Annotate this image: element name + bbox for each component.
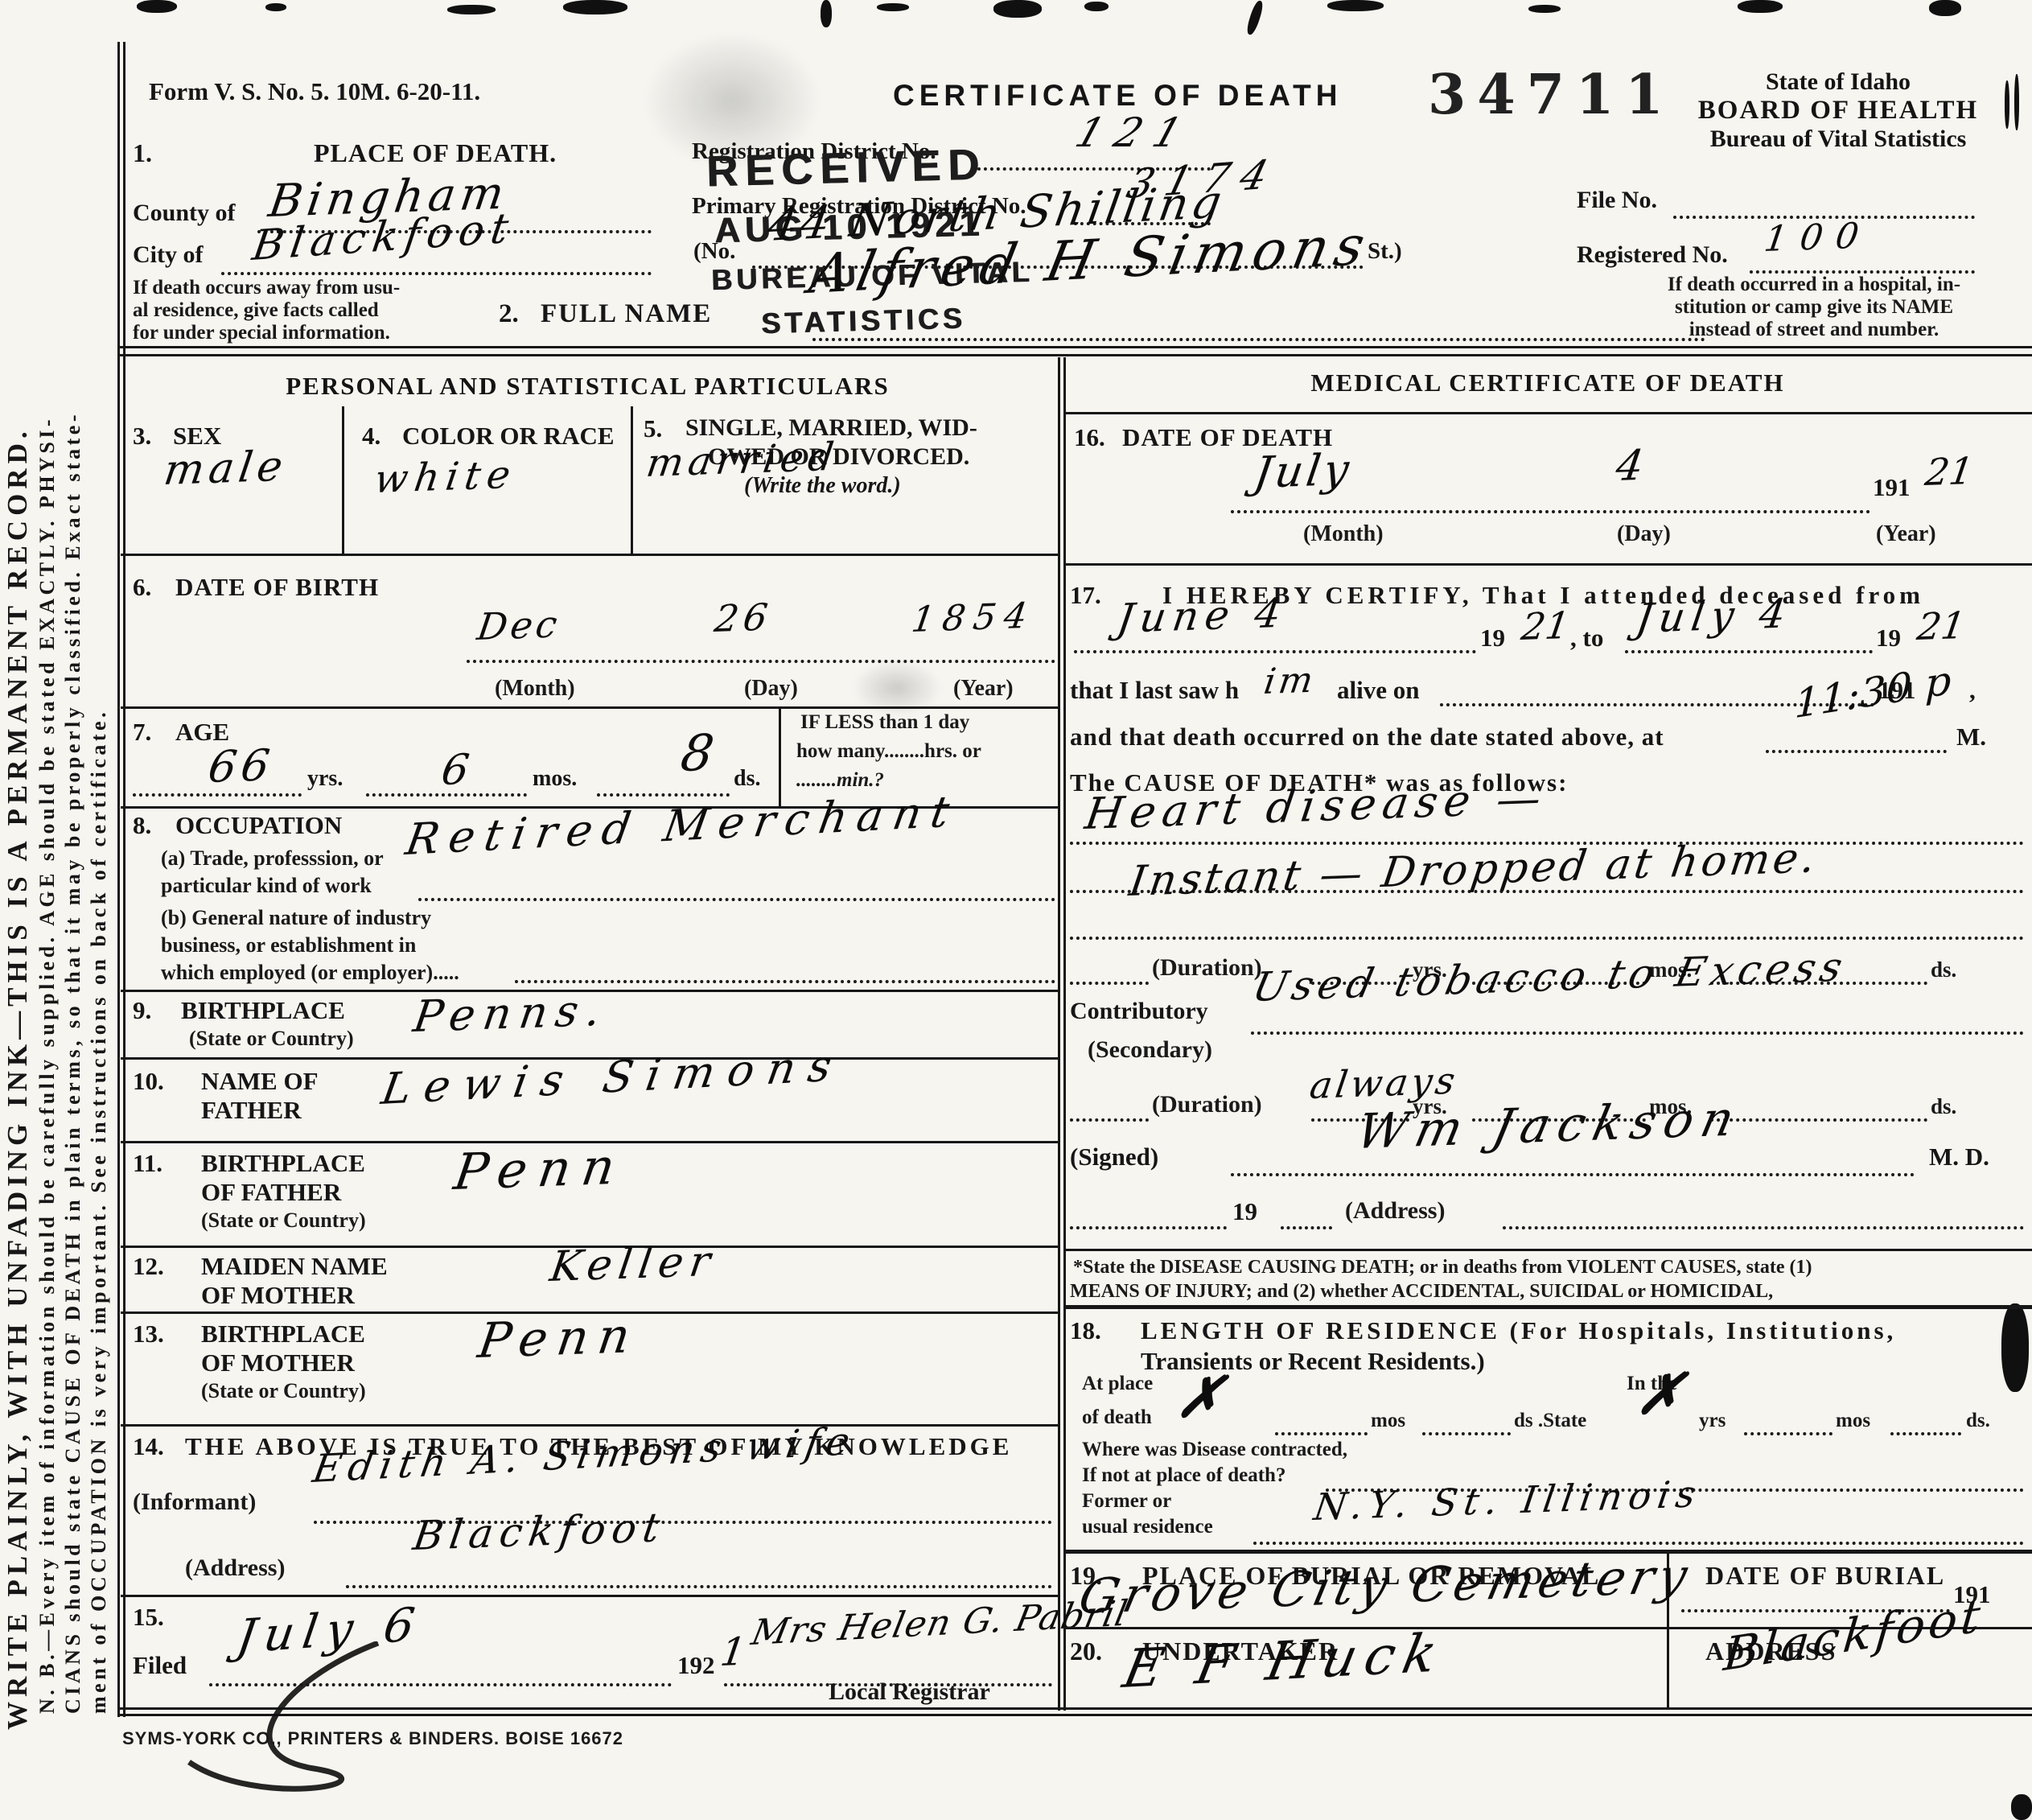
signed-date-line [1070, 1226, 1227, 1229]
duration2-line [1070, 1118, 1149, 1122]
duration2-caption: (Duration) [1152, 1091, 1262, 1118]
column-divider [1058, 357, 1060, 1711]
marital-value: married [644, 434, 841, 486]
dob-number: 6. [133, 573, 151, 602]
header-rule [117, 354, 2032, 356]
margin-note-line2: N. B.—Every item of information should b… [35, 416, 60, 1714]
father-value: Lewis Simons [378, 1040, 848, 1114]
section-rule [121, 1424, 1058, 1427]
lastsaw-post: alive on [1337, 676, 1419, 705]
place-of-death-label: PLACE OF DEATH. [314, 138, 557, 168]
duration-line [1070, 982, 1149, 985]
mother-label-line1: MAIDEN NAME [201, 1252, 388, 1281]
dob-label: DATE OF BIRTH [175, 573, 379, 602]
dob-day-caption: (Day) [744, 676, 798, 702]
attended-to-line [1625, 650, 1873, 653]
from-year-script: 21 [1519, 603, 1573, 649]
death-time-value: 11:30 p [1794, 657, 1952, 727]
scan-artifact [563, 0, 627, 14]
age-line [366, 793, 527, 797]
signed-address-caption: (Address) [1345, 1197, 1445, 1225]
scan-artifact [2011, 1794, 2032, 1820]
scan-artifact [1327, 0, 1384, 11]
burial-date-label: DATE OF BURIAL [1705, 1561, 1945, 1591]
father-number: 10. [133, 1067, 164, 1096]
medical-heading: MEDICAL CERTIFICATE OF DEATH [1063, 369, 2032, 397]
age-months-value: 6 [438, 746, 472, 795]
m-label: M. [1956, 723, 1986, 751]
res-ds-b: ds. [1966, 1410, 1990, 1432]
frame-left-line [117, 42, 120, 1717]
form-number: Form V. S. No. 5. 10M. 6-20-11. [149, 77, 480, 106]
race-value: white [372, 452, 520, 502]
birthplace-label: BIRTHPLACE [181, 996, 345, 1025]
section-rule-thick [1063, 1305, 2032, 1309]
occupation-a-line2: particular kind of work [161, 874, 372, 898]
former-line [1253, 1542, 2024, 1545]
county-label: County of [133, 200, 236, 227]
residence-label-line1: LENGTH OF RESIDENCE (For Hospitals, Inst… [1141, 1316, 1896, 1345]
scan-artifact [265, 3, 286, 11]
death-day-value: 4 [1613, 442, 1647, 491]
occupation-a-line1: (a) Trade, professsion, or [161, 846, 384, 871]
cell-divider [631, 406, 633, 554]
cause-line3-rule [1070, 937, 2024, 940]
mother-birthplace-value: Penn [475, 1307, 643, 1369]
frame-left-line [123, 42, 125, 1717]
contracted-line1: Where was Disease contracted, [1082, 1439, 1347, 1461]
date-of-death-number: 16. [1074, 423, 1105, 452]
scan-artifact [1738, 0, 1783, 13]
margin-note-line4: ment of OCCUPATION is very important. Se… [87, 709, 111, 1714]
birthplace-value: Penns. [410, 985, 612, 1042]
section-rule [1063, 563, 2032, 566]
signed-date-line [1281, 1226, 1332, 1229]
item1-number: 1. [133, 138, 152, 168]
to-year-script: 21 [1915, 603, 1968, 649]
birthplace-number: 9. [133, 996, 151, 1025]
duration-ds-label: ds. [1931, 957, 1956, 982]
marital-number: 5. [644, 414, 662, 443]
father-birthplace-number: 11. [133, 1149, 162, 1178]
city-line [221, 272, 652, 275]
age-days-value: 8 [677, 723, 718, 783]
sex-number: 3. [133, 422, 151, 451]
street-no-label: (No. [693, 238, 735, 265]
registered-no-label: Registered No. [1577, 241, 1728, 269]
duration2-ds-label: ds. [1931, 1094, 1956, 1119]
scan-artifact [1528, 5, 1561, 13]
margin-note-line3: CIANS should state CAUSE OF DEATH in pla… [61, 411, 85, 1714]
occupation-number: 8. [133, 811, 151, 840]
signed-line [1231, 1173, 1915, 1176]
attended-from-line [1074, 650, 1476, 653]
contracted-line2: If not at place of death? [1082, 1464, 1285, 1487]
section-rule [121, 1595, 1058, 1597]
lastsaw-script: im [1261, 660, 1318, 702]
father-label-line2: FATHER [201, 1096, 302, 1125]
from-year-printed: 19 [1480, 624, 1505, 653]
registered-no-value: 100 [1762, 215, 1874, 260]
informant-caption: (Informant) [133, 1489, 256, 1516]
away-note-line1: If death occurs away from usu- [133, 277, 400, 299]
local-registrar-label: Local Registrar [829, 1678, 990, 1706]
sex-value: male [161, 443, 290, 495]
secondary-caption: (Secondary) [1088, 1036, 1212, 1064]
occupation-b-line3: which employed (or employer)..... [161, 961, 459, 985]
lastsaw-comma: , [1969, 676, 1976, 705]
section-rule [121, 554, 1058, 556]
crossout-mark: ✗ [1633, 1361, 1689, 1427]
away-note-line3: for under special information. [133, 322, 390, 344]
printer-mark: SYMS-YORK CO., PRINTERS & BINDERS. BOISE… [122, 1728, 623, 1749]
occupation-b-line2: business, or establishment in [161, 933, 416, 957]
hospital-note-line3: instead of street and number. [1601, 319, 2027, 341]
age-line [597, 793, 730, 797]
father-birthplace-value: Penn [450, 1137, 630, 1201]
contributory-line [1251, 1031, 2024, 1035]
certify-number: 17. [1070, 581, 1101, 610]
dob-day-value: 26 [712, 595, 775, 640]
age-line [133, 793, 302, 797]
contributory-label: Contributory [1070, 998, 1208, 1025]
occurred-text: and that death occurred on the date stat… [1070, 723, 1664, 751]
age-yrs-label: yrs. [307, 766, 343, 792]
father-birthplace-caption: (State or Country) [201, 1209, 366, 1233]
dob-month-value: Dec [475, 602, 563, 649]
undertaker-value: E F Huck [1118, 1622, 1450, 1700]
residence-line [1422, 1432, 1511, 1435]
received-stamp-line4: STATISTICS [760, 302, 966, 341]
ifless-line3: ........min.? [796, 769, 884, 792]
father-birthplace-label-line1: BIRTHPLACE [201, 1149, 365, 1178]
dob-line [467, 660, 1055, 663]
scan-artifact [2001, 1303, 2029, 1392]
death-day-caption: (Day) [1617, 521, 1671, 547]
signed-address-line [1503, 1226, 2024, 1229]
section-rule [1063, 1249, 2032, 1251]
personal-heading: PERSONAL AND STATISTICAL PARTICULARS [117, 372, 1058, 401]
death-year-printed: 191 [1873, 473, 1911, 502]
scan-artifact [821, 0, 832, 27]
certificate-title: CERTIFICATE OF DEATH [893, 79, 1343, 113]
header-rule [117, 346, 2032, 348]
duration-caption: (Duration) [1152, 954, 1262, 982]
race-label: COLOR OR RACE [402, 422, 615, 451]
section-rule [121, 706, 1058, 709]
ifless-line2: how many........hrs. or [796, 740, 981, 763]
death-month-value: July [1251, 444, 1355, 498]
scan-artifact [993, 0, 1042, 18]
burial-place-value: Grove City Cemetery [1074, 1548, 1697, 1625]
informant-address-value: Blackfoot [410, 1504, 669, 1559]
scan-artifact [1929, 0, 1961, 16]
race-number: 4. [362, 422, 380, 451]
father-label-line1: NAME OF [201, 1067, 319, 1096]
death-certificate-scan: { "margin": { "line1": "WRITE PLAINLY, W… [0, 0, 2032, 1820]
age-ds-label: ds. [734, 766, 760, 792]
ifless-divider [779, 706, 781, 806]
scan-artifact [1084, 2, 1109, 11]
undertaker-address-value: Blackfoot [1721, 1588, 1985, 1682]
section-rule [1063, 412, 2032, 414]
occupation-label: OCCUPATION [175, 811, 342, 840]
margin-note-line1: WRITE PLAINLY, WITH UNFADING INK—THIS IS… [2, 426, 34, 1730]
age-mos-label: mos. [533, 766, 577, 792]
hospital-note-line2: stitution or camp give its NAME [1601, 296, 2027, 319]
away-note-line2: al residence, give facts called [133, 299, 379, 322]
mother-number: 12. [133, 1252, 164, 1281]
mother-value: Keller [547, 1237, 720, 1291]
scan-artifact [447, 5, 496, 14]
board-name: BOARD OF HEALTH [1649, 96, 2027, 126]
atplace-label: At place [1082, 1373, 1153, 1395]
md-label: M. D. [1929, 1143, 1989, 1171]
bureau-name: Bureau of Vital Statistics [1649, 126, 2027, 153]
state-name: State of Idaho [1649, 68, 2027, 96]
res-yrs-b: yrs [1699, 1410, 1726, 1432]
undertaker-number: 20. [1070, 1637, 1102, 1666]
fullname-number: 2. [499, 299, 519, 329]
contributory-value: Used tobacco to Excess [1248, 944, 1851, 1011]
attended-to-value: July 4 [1633, 590, 1795, 642]
scan-artifact [1244, 0, 1265, 36]
mother-birthplace-number: 13. [133, 1320, 164, 1349]
filed-year-script: 1 [718, 1629, 749, 1675]
to-label: , to [1570, 624, 1603, 653]
former-label-line1: Former or [1082, 1490, 1171, 1513]
address-caption: (Address) [185, 1554, 285, 1582]
file-no-label: File No. [1577, 187, 1657, 214]
residence-line [1744, 1432, 1833, 1435]
death-month-caption: (Month) [1303, 521, 1384, 547]
occupation-b-line1: (b) General nature of industry [161, 906, 431, 930]
occupation-b-line [515, 980, 1055, 983]
received-stamp-line1: RECEIVED [705, 139, 987, 196]
signed-19-label: 19 [1232, 1197, 1257, 1226]
occupation-value: Retired Merchant [402, 786, 963, 865]
mother-birthplace-label-line1: BIRTHPLACE [201, 1320, 365, 1349]
column-divider [1063, 357, 1066, 1711]
residence-number: 18. [1070, 1316, 1101, 1345]
scan-artifact [877, 3, 909, 11]
filed-year-printed: 192 [677, 1651, 715, 1680]
hospital-note: If death occurred in a hospital, in- sti… [1601, 274, 2027, 341]
res-mos-b: mos [1836, 1410, 1870, 1432]
truth-number: 14. [133, 1432, 164, 1461]
ifless-line1: IF LESS than 1 day [800, 711, 969, 734]
dob-year-value: 1854 [909, 595, 1038, 640]
address-line [346, 1585, 1052, 1588]
former-label-line2: usual residence [1082, 1516, 1213, 1538]
death-year-script: 21 [1923, 449, 1976, 494]
city-label: City of [133, 241, 203, 269]
mother-birthplace-caption: (State or Country) [201, 1379, 366, 1403]
age-number: 7. [133, 718, 151, 747]
street-st-label: St.) [1368, 238, 1402, 265]
age-years-value: 66 [205, 739, 278, 793]
dob-year-caption: (Year) [953, 676, 1014, 702]
informant-value: Edith A. Simons wife [310, 1419, 859, 1492]
fullname-line [812, 338, 1705, 341]
former-residence-value: N.Y. St. Illinois [1311, 1472, 1705, 1529]
certificate-stamp-number: 34711 [1428, 63, 1675, 127]
filed-number: 15. [133, 1603, 164, 1632]
death-date-line [1231, 510, 1870, 513]
res-mos-a: mos [1371, 1410, 1405, 1432]
hospital-note-line1: If death occurred in a hospital, in- [1601, 274, 2027, 296]
death-year-caption: (Year) [1876, 521, 1936, 547]
agency-block: State of Idaho BOARD OF HEALTH Bureau of… [1649, 68, 2027, 153]
mother-label-line2: OF MOTHER [201, 1281, 355, 1310]
ofdeath-label: of death [1082, 1406, 1152, 1429]
occupation-a-line [418, 898, 1055, 901]
reg-district-value: 121 [1070, 109, 1200, 156]
footnote-line2: MEANS OF INJURY; and (2) whether ACCIDEN… [1070, 1281, 1773, 1303]
birthplace-caption: (State or Country) [189, 1027, 354, 1051]
residence-line [1890, 1432, 1961, 1435]
father-birthplace-label-line2: OF FATHER [201, 1178, 341, 1207]
dob-month-caption: (Month) [495, 676, 575, 702]
mother-birthplace-label-line2: OF MOTHER [201, 1349, 355, 1377]
to-year-printed: 19 [1876, 624, 1901, 653]
lastsaw-pre: that I last saw h [1070, 676, 1239, 705]
signed-caption: (Signed) [1070, 1143, 1158, 1171]
time-line [1766, 750, 1947, 753]
scan-artifact [137, 0, 177, 13]
attended-from-value: June 4 [1114, 590, 1290, 642]
fullname-label: FULL NAME [541, 299, 712, 329]
cell-divider [342, 406, 344, 554]
res-ds-state: ds .State [1514, 1410, 1586, 1432]
residence-line [1275, 1432, 1368, 1435]
footnote-line1: *State the DISEASE CAUSING DEATH; or in … [1073, 1257, 1812, 1279]
duration2-line [1710, 1118, 1927, 1122]
